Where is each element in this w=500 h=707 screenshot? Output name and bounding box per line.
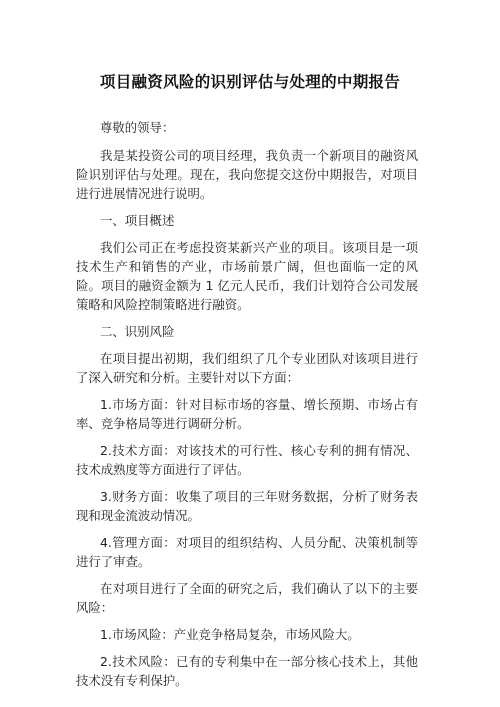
section-heading-overview: 一、项目概述	[76, 211, 418, 230]
risk-technology: 2.技术风险：已有的专利集中在一部分核心技术上，其他技术没有专利保护。	[76, 652, 418, 690]
research-paragraph: 在项目提出初期，我们组织了几个专业团队对该项目进行了深入研究和分析。主要针对以下…	[76, 349, 418, 387]
aspect-technology: 2.技术方面：对该技术的可行性、核心专利的拥有情况、技术成熟度等方面进行了评估。	[76, 441, 418, 479]
greeting: 尊敬的领导：	[76, 118, 418, 137]
aspect-management: 4.管理方面：对项目的组织结构、人员分配、决策机制等进行了审查。	[76, 533, 418, 571]
aspect-finance: 3.财务方面：收集了项目的三年财务数据，分析了财务表现和现金流波动情况。	[76, 487, 418, 525]
risks-intro-paragraph: 在对项目进行了全面的研究之后，我们确认了以下的主要风险：	[76, 579, 418, 617]
risk-market: 1.市场风险：产业竞争格局复杂，市场风险大。	[76, 625, 418, 644]
overview-paragraph: 我们公司正在考虑投资某新兴产业的项目。该项目是一项技术生产和销售的产业，市场前景…	[76, 238, 418, 314]
document-title: 项目融资风险的识别评估与处理的中期报告	[0, 70, 500, 92]
section-heading-identify-risk: 二、识别风险	[76, 322, 418, 341]
document-page: 项目融资风险的识别评估与处理的中期报告 尊敬的领导： 我是某投资公司的项目经理，…	[0, 0, 500, 707]
aspect-market: 1.市场方面：针对目标市场的容量、增长预期、市场占有率、竞争格局等进行调研分析。	[76, 395, 418, 433]
document-body: 尊敬的领导： 我是某投资公司的项目经理，我负责一个新项目的融资风险识别评估与处理…	[76, 118, 418, 698]
intro-paragraph: 我是某投资公司的项目经理，我负责一个新项目的融资风险识别评估与处理。现在，我向您…	[76, 146, 418, 203]
